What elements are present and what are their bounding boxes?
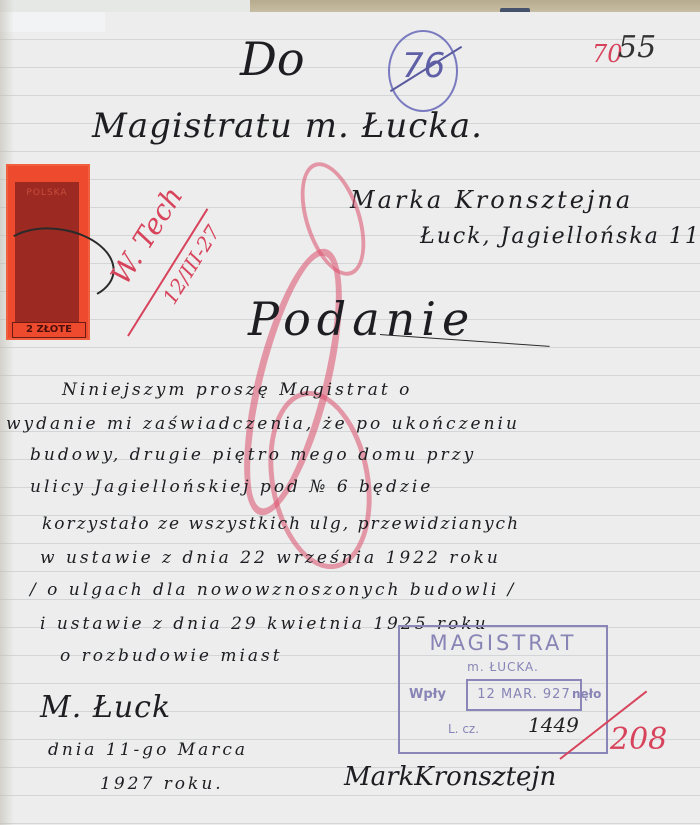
circled-number-annotation: 76 [388,30,458,112]
stamp-header: POLSKA [15,188,79,198]
pencil-number-annotation: 55 [618,30,656,65]
stamp-received-suffix: nęło [572,687,601,701]
body-line-5: korzystało ze wszystkich ulg, przewidzia… [42,514,520,534]
body-line-9: o rozbudowie miast [60,646,283,666]
page-shadow [0,0,14,825]
date-line-1: dnia 11-go Marca [48,740,248,760]
stamp-registry-number: 1449 [528,713,579,737]
stamp-received-date: 12 MAR. 927 [466,679,582,711]
stamp-registry-label: L. cz. [448,722,479,736]
sender-name: Marka Kronsztejna [350,186,633,214]
body-line-2: wydanie mi zaświadczenia, że po ukończen… [6,414,520,434]
red-bottom-number: 208 [610,722,667,757]
stamp-title: MAGISTRAT [400,631,606,655]
body-line-6: w ustawie z dnia 22 września 1922 roku [40,548,501,568]
body-line-1: Niniejszym proszę Magistrat o [62,380,412,400]
body-line-3: budowy, drugie piętro mego domu przy [30,445,476,465]
salutation: Do [240,32,305,86]
signature: MarkKronsztejn [344,762,556,792]
date-line-2: 1927 roku. [100,774,224,794]
page-corner [0,12,105,32]
magistrat-received-stamp: MAGISTRAT m. ŁUCKA. Wpły 12 MAR. 927 nęł… [398,625,608,754]
stamp-value: 2 ZŁOTE [12,322,86,338]
sender-address: Łuck, Jagiellońska 11, [420,224,700,249]
body-line-7: / o ulgach dla nowowznoszonych budowli / [30,580,516,600]
addressee: Magistratu m. Łucka. [92,106,483,146]
body-line-4: ulicy Jagiellońskiej pod № 6 będzie [30,477,433,497]
stamp-subtitle: m. ŁUCKA. [400,660,606,674]
place: M. Łuck [40,690,171,725]
stamp-received-prefix: Wpły [409,687,446,702]
